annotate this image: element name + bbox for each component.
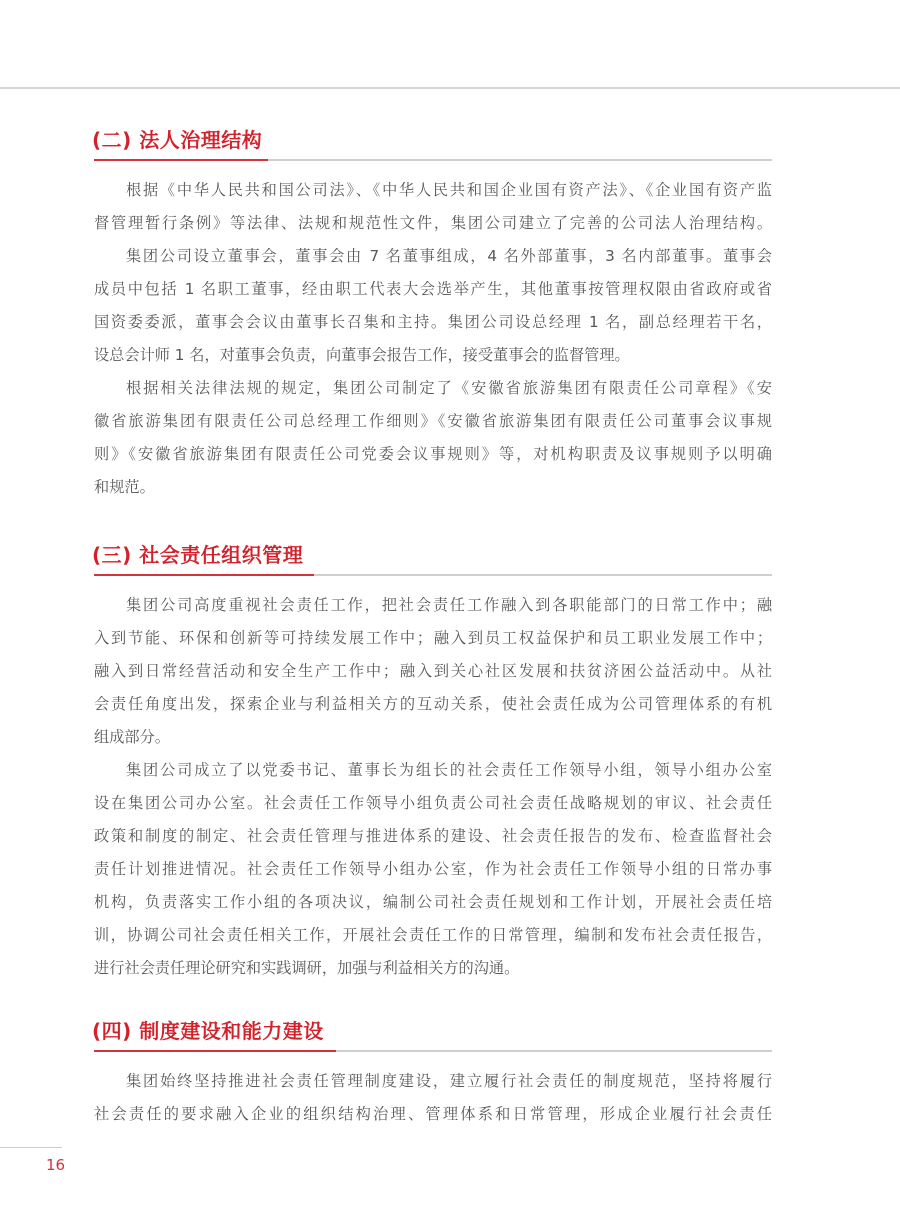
text-line: 社会责任的要求融入企业的组织结构治理、管理体系和日常管理，形成企业履行社会责任 [94, 1098, 772, 1131]
text-line: 设在集团公司办公室。社会责任工作领导小组负责公司社会责任战略规划的审议、社会责任 [94, 787, 772, 820]
section-heading: (四) 制度建设和能力建设 [94, 1017, 772, 1055]
header-rule [0, 87, 900, 89]
section-title: (四) 制度建设和能力建设 [92, 1017, 324, 1045]
section-corporate-governance: (二) 法人治理结构 根据《中华人民共和国公司法》、《中华人民共和国企业国有资产… [94, 126, 772, 504]
section-heading: (三) 社会责任组织管理 [94, 541, 772, 579]
text-line: 进行社会责任理论研究和实践调研，加强与利益相关方的沟通。 [94, 952, 772, 985]
text-line: 责任计划推进情况。社会责任工作领导小组办公室，作为社会责任工作领导小组的日常办事 [94, 853, 772, 886]
text-line: 集团公司高度重视社会责任工作，把社会责任工作融入到各职能部门的日常工作中；融 [94, 589, 772, 622]
text-line: 政策和制度的制定、社会责任管理与推进体系的建设、社会责任报告的发布、检查监督社会 [94, 820, 772, 853]
text-line: 成员中包括 1 名职工董事，经由职工代表大会选举产生，其他董事按管理权限由省政府… [94, 273, 772, 306]
text-line: 设总会计师 1 名，对董事会负责，向董事会报告工作，接受董事会的监督管理。 [94, 339, 772, 372]
page-number: 16 [46, 1156, 65, 1174]
paragraph: 根据相关法律法规的规定，集团公司制定了《安徽省旅游集团有限责任公司章程》《安 徽… [94, 372, 772, 504]
footer-rule [0, 1147, 62, 1148]
paragraph: 集团公司高度重视社会责任工作，把社会责任工作融入到各职能部门的日常工作中；融 入… [94, 589, 772, 754]
text-line: 集团公司成立了以党委书记、董事长为组长的社会责任工作领导小组，领导小组办公室 [94, 754, 772, 787]
text-line: 国资委委派，董事会会议由董事长召集和主持。集团公司设总经理 1 名，副总经理若干… [94, 306, 772, 339]
text-line: 则》《安徽省旅游集团有限责任公司党委会议事规则》等，对机构职责及议事规则予以明确 [94, 438, 772, 471]
heading-underline [94, 574, 772, 576]
heading-underline [94, 159, 772, 161]
section-system-capacity-building: (四) 制度建设和能力建设 集团始终坚持推进社会责任管理制度建设，建立履行社会责… [94, 1017, 772, 1131]
section-social-responsibility-org: (三) 社会责任组织管理 集团公司高度重视社会责任工作，把社会责任工作融入到各职… [94, 541, 772, 985]
section-heading: (二) 法人治理结构 [94, 126, 772, 164]
text-line: 组成部分。 [94, 721, 772, 754]
text-line: 训，协调公司社会责任相关工作，开展社会责任工作的日常管理，编制和发布社会责任报告… [94, 919, 772, 952]
text-line: 会责任角度出发，探索企业与利益相关方的互动关系，使社会责任成为公司管理体系的有机 [94, 688, 772, 721]
paragraph: 集团公司成立了以党委书记、董事长为组长的社会责任工作领导小组，领导小组办公室 设… [94, 754, 772, 985]
text-line: 督管理暂行条例》等法律、法规和规范性文件，集团公司建立了完善的公司法人治理结构。 [94, 207, 772, 240]
paragraph: 集团始终坚持推进社会责任管理制度建设，建立履行社会责任的制度规范，坚持将履行 社… [94, 1065, 772, 1131]
paragraph: 集团公司设立董事会，董事会由 7 名董事组成，4 名外部董事，3 名内部董事。董… [94, 240, 772, 372]
text-line: 根据《中华人民共和国公司法》、《中华人民共和国企业国有资产法》、《企业国有资产监 [94, 174, 772, 207]
text-line: 机构，负责落实工作小组的各项决议，编制公司社会责任规划和工作计划，开展社会责任培 [94, 886, 772, 919]
text-line: 入到节能、环保和创新等可持续发展工作中；融入到员工权益保护和员工职业发展工作中； [94, 622, 772, 655]
section-title: (二) 法人治理结构 [92, 126, 262, 154]
text-line: 徽省旅游集团有限责任公司总经理工作细则》《安徽省旅游集团有限责任公司董事会议事规 [94, 405, 772, 438]
text-line: 和规范。 [94, 471, 772, 504]
text-line: 集团始终坚持推进社会责任管理制度建设，建立履行社会责任的制度规范，坚持将履行 [94, 1065, 772, 1098]
heading-underline [94, 1050, 772, 1052]
section-title: (三) 社会责任组织管理 [92, 541, 303, 569]
text-line: 集团公司设立董事会，董事会由 7 名董事组成，4 名外部董事，3 名内部董事。董… [94, 240, 772, 273]
paragraph: 根据《中华人民共和国公司法》、《中华人民共和国企业国有资产法》、《企业国有资产监… [94, 174, 772, 240]
text-line: 融入到日常经营活动和安全生产工作中；融入到关心社区发展和扶贫济困公益活动中。从社 [94, 655, 772, 688]
text-line: 根据相关法律法规的规定，集团公司制定了《安徽省旅游集团有限责任公司章程》《安 [94, 372, 772, 405]
